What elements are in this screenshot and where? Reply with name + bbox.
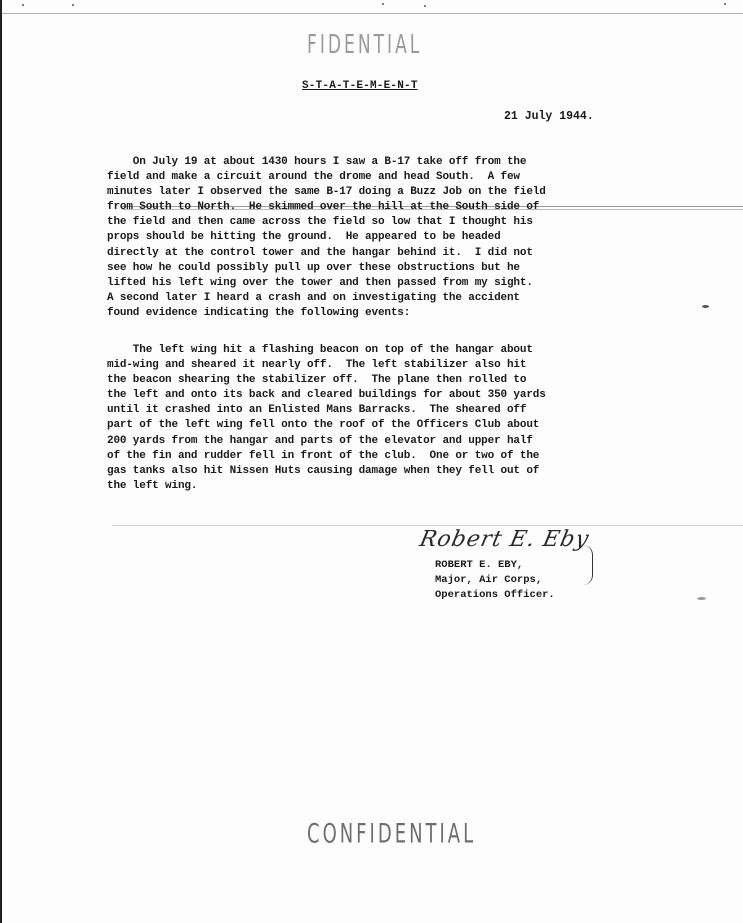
scan-speck (382, 3, 384, 5)
scan-speck (702, 305, 709, 308)
handwritten-signature: Robert E. Eby (417, 527, 591, 552)
document-heading: S-T-A-T-E-M-E-N-T (302, 80, 418, 92)
scan-edge-line (2, 13, 743, 14)
document-date: 21 July 1944. (504, 110, 594, 123)
scan-speck (724, 3, 726, 5)
signatory-rank: Major, Air Corps, (435, 574, 542, 586)
scan-speck (424, 5, 426, 7)
signature-flourish (580, 545, 593, 585)
scan-speck (697, 597, 706, 600)
statement-paragraph-1: On July 19 at about 1430 hours I saw a B… (107, 155, 647, 321)
signature-block: ROBERT E. EBY, Major, Air Corps, Operati… (435, 558, 555, 603)
fold-crease (112, 525, 743, 526)
scanned-document-page: FIDENTIAL S-T-A-T-E-M-E-N-T 21 July 1944… (0, 0, 743, 923)
confidential-stamp-bottom: CONFIDENTIAL (307, 817, 476, 849)
confidential-stamp-top: FIDENTIAL (307, 30, 422, 60)
signatory-name: ROBERT E. EBY, (435, 559, 523, 571)
scan-speck (22, 4, 24, 6)
scan-speck (72, 4, 74, 6)
signatory-title: Operations Officer. (435, 589, 555, 601)
statement-paragraph-2: The left wing hit a flashing beacon on t… (107, 343, 647, 494)
